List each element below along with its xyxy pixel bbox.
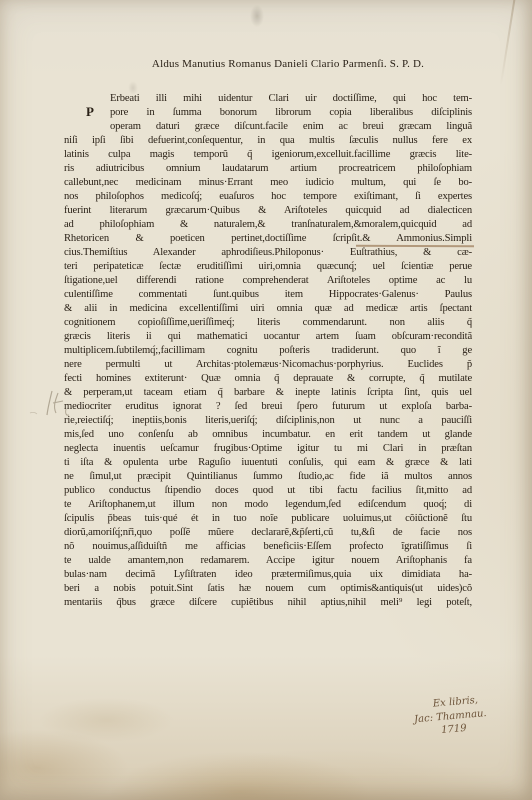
letter-line: ti iſta & opulenta urbe Raguſio iuuentut… xyxy=(64,456,472,470)
letter-line: græcis literis ii qui mathematici uocant… xyxy=(64,330,472,344)
letter-line: teri peripateticæ ſectæ eruditiſſimi uir… xyxy=(64,260,472,274)
letter-line: mentariis q̃bus græce diſcere cupiẽtibus… xyxy=(64,596,472,610)
letter-line: latinis culpa magis temporũ q̃ igeniorum… xyxy=(64,148,472,162)
letter-line: ne ſimul,ut præcipit Quintilianus ſummo … xyxy=(64,470,472,484)
letter-line: te Ariſtophanem,ut illum non modo legend… xyxy=(64,498,472,512)
letter-line: operam daturi græce diſcunt.facile enim … xyxy=(64,120,472,134)
letter-line: mediocriter eruditus ignorat ? ſed breui… xyxy=(64,400,472,414)
letter-line: ſcipulis p̃beas tuis·qué ét in tuo noĩe … xyxy=(64,512,472,526)
letter-line: nos philoſophos medicoſq́; euaſuros hoc … xyxy=(64,190,472,204)
letter-line: fuerint literarum græcarum·Quibus & Ariſ… xyxy=(64,204,472,218)
margin-scribble-icon xyxy=(22,383,80,431)
letter-line: & perperam,ut taceam etiam q̃ barbare & … xyxy=(64,386,472,400)
letter-line: bulas·nam decimã Lyſiſtraten ideo præter… xyxy=(64,568,472,582)
letter-line: diorũ,amoriſq́;nr̃i,quo poſſẽ mũere decl… xyxy=(64,526,472,540)
letter-line: & alii in medicina excellentiſſimi uiri … xyxy=(64,302,472,316)
letter-body: Erbeati illi mihi uidentur Clari uir doc… xyxy=(64,92,472,610)
book-page: Aldus Manutius Romanus Danieli Clario Pa… xyxy=(0,0,532,800)
letter-line: ſtigatione,uel differendi ratione compre… xyxy=(64,274,472,288)
letter-line: beri a nobis potuit.Sint ſatis hæ nouem … xyxy=(64,582,472,596)
letter-line: neglecta inuentis ueſcamur frugibus·Opti… xyxy=(64,442,472,456)
letter-line: culentiſſime commentati ſunt.quibus item… xyxy=(64,288,472,302)
letter-heading: Aldus Manutius Romanus Danieli Clario Pa… xyxy=(0,58,532,70)
letter-line: rie,reiectiſq́; ineptiis,bonis literis,u… xyxy=(64,414,472,428)
letter-line: nõ nouimus,aſſiduiſtñ me afficias benefi… xyxy=(64,540,472,554)
letter-line: fecti homines extiterunt· Quæ omnia q̃ d… xyxy=(64,372,472,386)
letter-line: multiplicem.ſubtilemq́;,facillimam cogni… xyxy=(64,344,472,358)
letter-line: cognitionem copioſiſſime,ueriſſimeq́; li… xyxy=(64,316,472,330)
ex-libris-note: Ex libris, Jac: Thamnau. 1719 xyxy=(410,691,517,740)
letter-line: ad philoſophiam & naturalem,& tranſnatur… xyxy=(64,218,472,232)
letter-line: cius.Themiſtius Alexander aphrodiſieus.P… xyxy=(64,246,472,260)
letter-line: Erbeati illi mihi uidentur Clari uir doc… xyxy=(64,92,472,106)
letter-line: te ualde amantem,non redamarem. Accipe i… xyxy=(64,554,472,568)
letter-line: mis,ſed uno conſenſu ab omnibus incumbat… xyxy=(64,428,472,442)
letter-line: niſi ipſi ſibi defuerint,conſequentur, i… xyxy=(64,134,472,148)
letter-line: callebunt,nec medicinam minus·Errant meo… xyxy=(64,176,472,190)
letter-line: nere permulti ut Architas·ptolemæus·Nico… xyxy=(64,358,472,372)
letter-line: ris adiutricibus omnium laudatarum artiu… xyxy=(64,162,472,176)
page-crease xyxy=(500,0,516,86)
letter-line: publico conductus ſtipendio doces quod u… xyxy=(64,484,472,498)
letter-line: pore in ſumma bonorum librorum copia lib… xyxy=(64,106,472,120)
letter-line: Rhetoricen & poeticen pertinet,doctiſſim… xyxy=(64,232,472,246)
